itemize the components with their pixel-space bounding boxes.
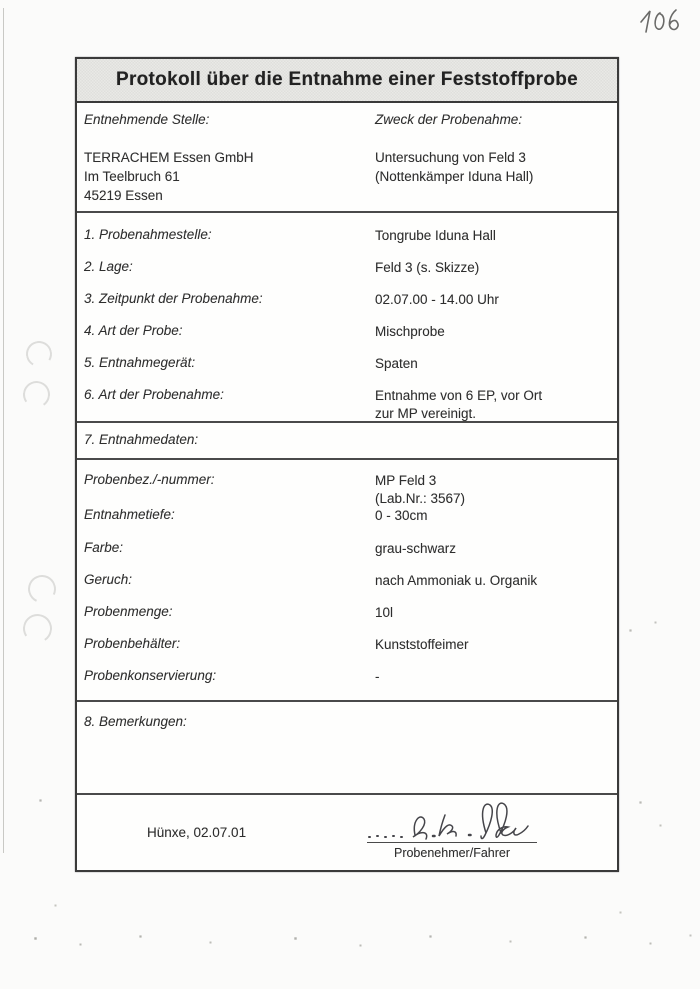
sample-field-depth-value: 0 - 30cm	[375, 507, 428, 525]
protocol-form: Protokoll über die Entnahme einer Festst…	[75, 57, 619, 872]
section-7-label: 7. Entnahmedaten:	[84, 432, 198, 447]
field-1-label: 1. Probenahmestelle:	[84, 227, 212, 242]
handwritten-page-number	[638, 6, 682, 47]
sample-field-depth-label: Entnahmetiefe:	[84, 507, 175, 522]
sample-field-id-value: MP Feld 3 (Lab.Nr.: 3567)	[375, 472, 465, 508]
page-number-strokes	[638, 6, 682, 42]
sample-field-color-label: Farbe:	[84, 540, 123, 555]
field-5-label: 5. Entnahmegerät:	[84, 355, 195, 370]
signature-line	[367, 842, 537, 843]
punch-hole	[23, 338, 55, 370]
scan-edge-artifact	[3, 8, 4, 853]
field-2-label: 2. Lage:	[84, 259, 133, 274]
handwritten-signature	[365, 799, 545, 845]
punch-hole	[20, 611, 54, 645]
label-entnehmende-stelle: Entnehmende Stelle:	[84, 112, 209, 127]
divider	[77, 700, 617, 702]
field-6-label: 6. Art der Probenahme:	[84, 387, 224, 402]
field-5-value: Spaten	[375, 355, 418, 373]
section-8-label: 8. Bemerkungen:	[84, 714, 187, 729]
sample-field-quantity-value: 10l	[375, 604, 393, 622]
punch-hole	[24, 571, 60, 607]
sample-field-preservation-label: Probenkonservierung:	[84, 668, 216, 683]
signature-role-label: Probenehmer/Fahrer	[377, 846, 527, 860]
sampling-company-address: TERRACHEM Essen GmbH Im Teelbruch 61 452…	[84, 148, 254, 205]
field-6-value: Entnahme von 6 EP, vor Ort zur MP verein…	[375, 387, 542, 423]
place-and-date: Hünxe, 02.07.01	[147, 825, 246, 840]
punch-hole	[21, 379, 52, 410]
sample-field-id-label: Probenbez./-nummer:	[84, 472, 215, 487]
sample-field-quantity-label: Probenmenge:	[84, 604, 173, 619]
form-title: Protokoll über die Entnahme einer Festst…	[116, 69, 578, 91]
scan-noise	[0, 0, 1, 1]
sampling-purpose: Untersuchung von Feld 3 (Nottenkämper Id…	[375, 148, 533, 186]
sample-field-odor-label: Geruch:	[84, 572, 132, 587]
field-4-label: 4. Art der Probe:	[84, 323, 183, 338]
field-4-value: Mischprobe	[375, 323, 445, 341]
divider	[77, 793, 617, 795]
sample-field-odor-value: nach Ammoniak u. Organik	[375, 572, 537, 590]
sample-field-color-value: grau-schwarz	[375, 540, 456, 558]
field-3-label: 3. Zeitpunkt der Probenahme:	[84, 291, 263, 306]
sample-field-container-value: Kunststoffeimer	[375, 636, 469, 654]
field-1-value: Tongrube Iduna Hall	[375, 227, 496, 245]
sample-field-preservation-value: -	[375, 668, 380, 686]
divider	[77, 458, 617, 460]
divider	[77, 421, 617, 423]
sample-field-container-label: Probenbehälter:	[84, 636, 180, 651]
field-3-value: 02.07.00 - 14.00 Uhr	[375, 291, 499, 309]
field-2-value: Feld 3 (s. Skizze)	[375, 259, 479, 277]
label-zweck-der-probenahme: Zweck der Probenahme:	[375, 112, 522, 127]
form-title-bar: Protokoll über die Entnahme einer Festst…	[77, 59, 617, 103]
divider	[77, 211, 617, 213]
